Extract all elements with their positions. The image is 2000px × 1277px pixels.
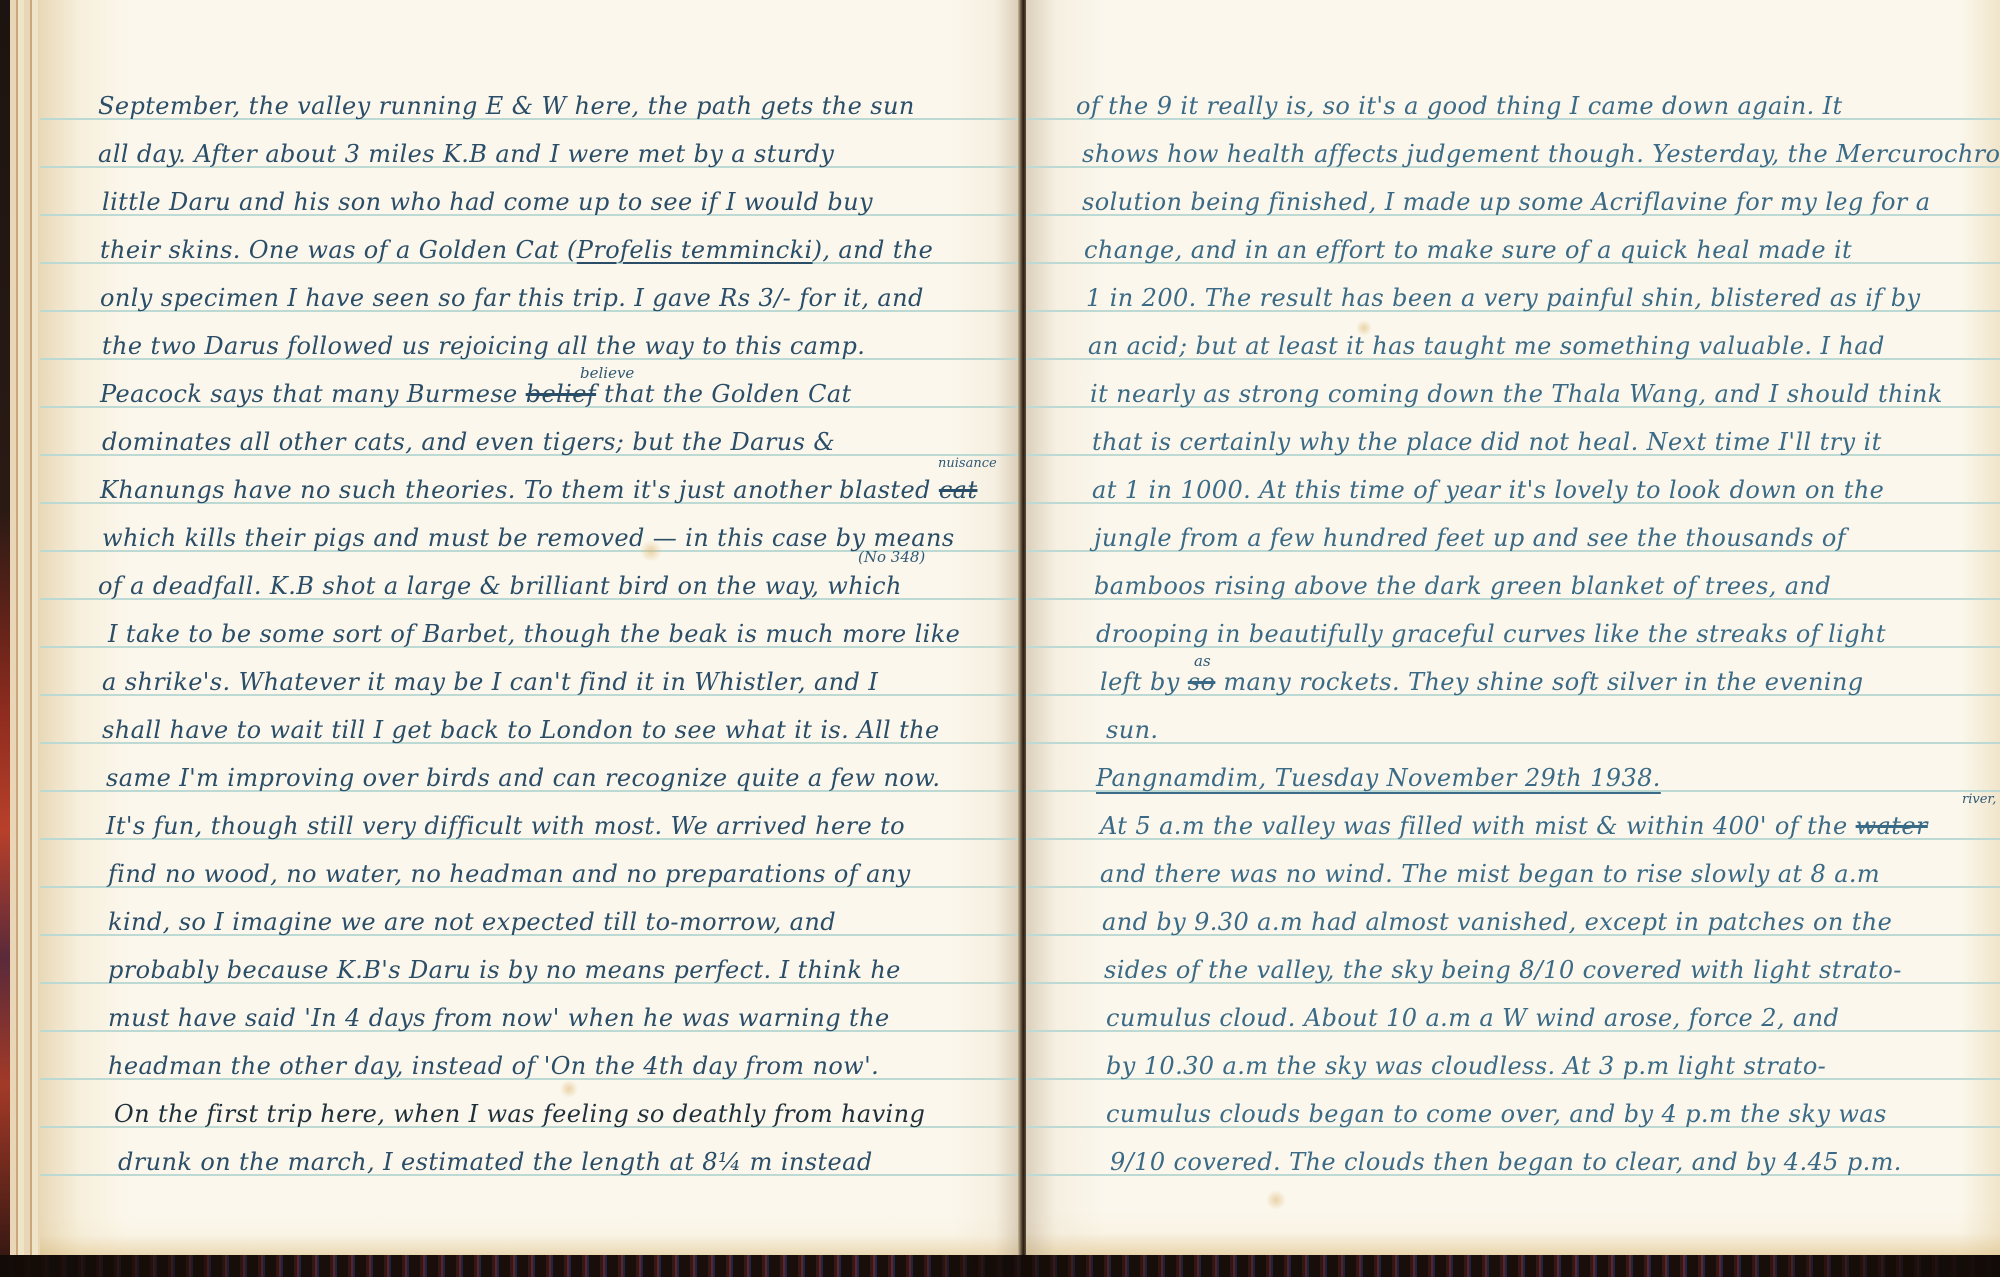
journal-line: cumulus clouds began to come over, and b…	[1106, 1100, 1887, 1128]
journal-line: sides of the valley, the sky being 8/10 …	[1104, 956, 1902, 984]
journal-line: left by so many rockets. They shine soft…	[1100, 668, 1864, 696]
left-page: September, the valley running E & W here…	[40, 0, 1020, 1255]
journal-line: must have said 'In 4 days from now' when…	[108, 1004, 890, 1032]
journal-line: At 5 a.m the valley was filled with mist…	[1100, 812, 1928, 840]
journal-line: drunk on the march, I estimated the leng…	[118, 1148, 873, 1176]
journal-line: it nearly as strong coming down the Thal…	[1090, 380, 1943, 408]
journal-line: headman the other day, instead of 'On th…	[108, 1052, 879, 1080]
journal-line: shall have to wait till I get back to Lo…	[102, 716, 940, 744]
journal-line: 1 in 200. The result has been a very pai…	[1086, 284, 1920, 312]
journal-line: a shrike's. Whatever it may be I can't f…	[102, 668, 878, 696]
scientific-name: Profelis temmincki	[577, 236, 813, 264]
journal-line-part: Peacock says that many Burmese	[100, 380, 526, 408]
journal-line: of the 9 it really is, so it's a good th…	[1076, 92, 1843, 120]
journal-line: all day. After about 3 miles K.B and I w…	[98, 140, 834, 168]
journal-line: cumulus cloud. About 10 a.m a W wind aro…	[1106, 1004, 1839, 1032]
journal-line: their skins. One was of a Golden Cat (Pr…	[100, 236, 933, 264]
journal-line: and by 9.30 a.m had almost vanished, exc…	[1102, 908, 1892, 936]
journal-line: change, and in an effort to make sure of…	[1084, 236, 1852, 264]
journal-line-part: many rockets. They shine soft silver in …	[1215, 668, 1863, 696]
journal-line: drooping in beautifully graceful curves …	[1096, 620, 1886, 648]
journal-line-part: Khanungs have no such theories. To them …	[100, 476, 939, 504]
journal-line: It's fun, though still very difficult wi…	[106, 812, 905, 840]
journal-line: of a deadfall. K.B shot a large & brilli…	[98, 572, 902, 600]
journal-line: kind, so I imagine we are not expected t…	[108, 908, 836, 936]
journal-line: same I'm improving over birds and can re…	[106, 764, 940, 792]
paper-stain	[560, 1080, 578, 1098]
journal-line: by 10.30 a.m the sky was cloudless. At 3…	[1106, 1052, 1826, 1080]
struck-word: so	[1188, 668, 1216, 696]
right-page: of the 9 it really is, so it's a good th…	[1026, 0, 2000, 1255]
journal-line-part: At 5 a.m the valley was filled with mist…	[1100, 812, 1856, 840]
journal-line-part: that the Golden Cat	[596, 380, 852, 408]
journal-line: shows how health affects judgement thoug…	[1082, 140, 2000, 168]
journal-line: probably because K.B's Daru is by no mea…	[108, 956, 901, 984]
journal-line: which kills their pigs and must be remov…	[102, 524, 955, 552]
journal-line-part: their skins. One was of a Golden Cat (	[100, 236, 577, 264]
struck-word: water	[1856, 812, 1928, 840]
journal-line: the two Darus followed us rejoicing all …	[102, 332, 865, 360]
journal-line: bamboos rising above the dark green blan…	[1094, 572, 1831, 600]
specimen-number: (No 348)	[858, 548, 925, 566]
journal-line: Peacock says that many Burmese belief th…	[100, 380, 852, 408]
journal-line: September, the valley running E & W here…	[98, 92, 915, 120]
paper-stain	[1266, 1190, 1286, 1210]
journal-line-part: left by	[1100, 668, 1188, 696]
ruled-line	[1026, 742, 2000, 744]
journal-line: I take to be some sort of Barbet, though…	[108, 620, 960, 648]
journal-line-part: ), and the	[813, 236, 934, 264]
inserted-word: river,	[1962, 792, 1996, 807]
journal-line: jungle from a few hundred feet up and se…	[1094, 524, 1846, 552]
journal-line: that is certainly why the place did not …	[1092, 428, 1882, 456]
journal-line: 9/10 covered. The clouds then began to c…	[1110, 1148, 1902, 1176]
journal-line: and there was no wind. The mist began to…	[1100, 860, 1880, 888]
journal-line: little Daru and his son who had come up …	[102, 188, 873, 216]
entry-heading: Pangnamdim, Tuesday November 29th 1938.	[1096, 764, 1661, 792]
journal-line: find no wood, no water, no headman and n…	[108, 860, 911, 888]
struck-word: cat	[939, 476, 978, 504]
inserted-word: nuisance	[938, 456, 997, 471]
journal-line: sun.	[1106, 716, 1158, 744]
book-bottom-edge	[0, 1255, 2000, 1277]
journal-line: solution being finished, I made up some …	[1082, 188, 1930, 216]
journal-line: dominates all other cats, and even tiger…	[102, 428, 835, 456]
journal-line: Khanungs have no such theories. To them …	[100, 476, 977, 504]
journal-line: at 1 in 1000. At this time of year it's …	[1092, 476, 1884, 504]
journal-line: On the first trip here, when I was feeli…	[114, 1100, 925, 1128]
journal-line: only specimen I have seen so far this tr…	[100, 284, 924, 312]
struck-word: belief	[526, 380, 596, 408]
journal-line: an acid; but at least it has taught me s…	[1088, 332, 1885, 360]
